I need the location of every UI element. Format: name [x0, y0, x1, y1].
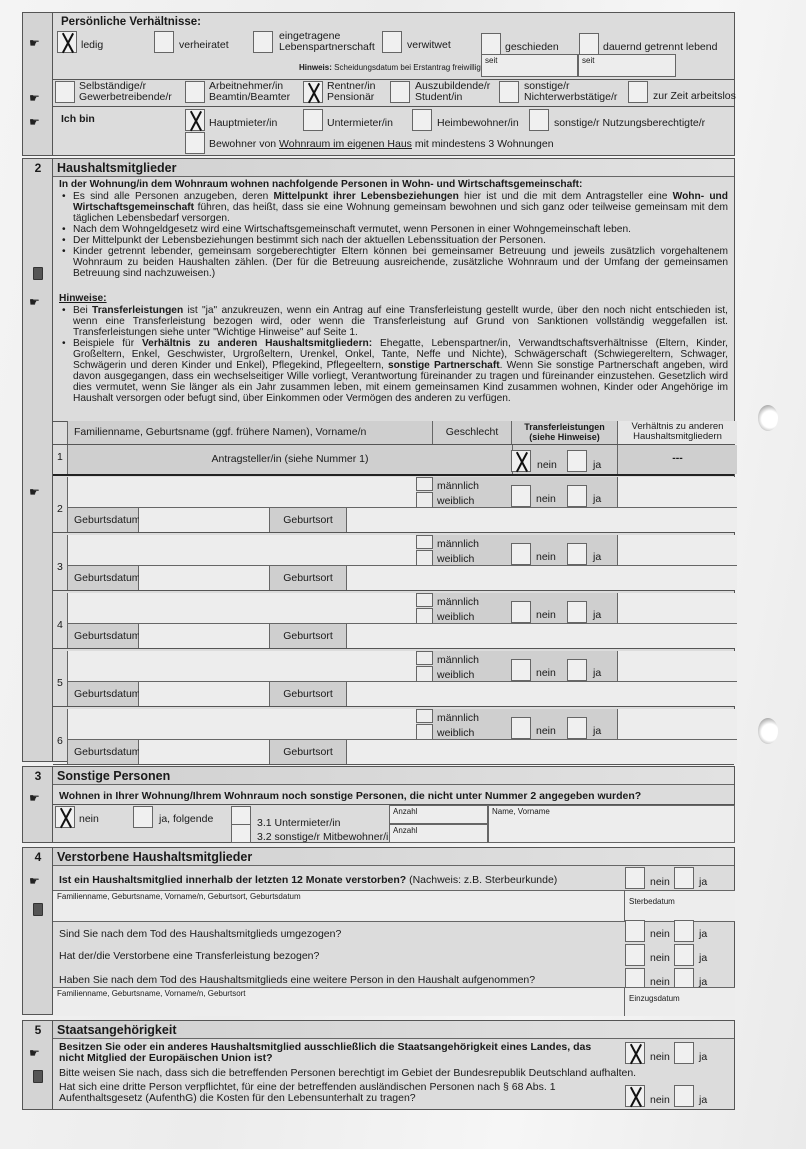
- label-geschieden: geschieden: [505, 41, 559, 53]
- deceased-fields-label: Familienname, Geburtsname, Vorname/n, Ge…: [57, 892, 301, 901]
- checkbox-transfer-ja[interactable]: [567, 543, 587, 565]
- checkbox-rentner[interactable]: [303, 81, 323, 103]
- divider: [53, 764, 734, 765]
- section-title: Verstorbene Haushaltsmitglieder: [53, 848, 734, 866]
- birthplace-label-cell: Geburtsort: [269, 682, 347, 706]
- bullet-4: Kinder getrennt lebender, gemeinsam sorg…: [59, 246, 728, 279]
- row-number: 2: [57, 503, 63, 515]
- anzahl-mitbewohner-field[interactable]: Anzahl: [389, 824, 488, 843]
- checkbox-guarantor-ja[interactable]: [674, 1085, 694, 1107]
- separation-date-field[interactable]: seit: [578, 54, 676, 77]
- divider: [53, 474, 734, 476]
- seit-label: seit: [582, 56, 594, 65]
- checkbox-arbeitslos[interactable]: [628, 81, 648, 103]
- owner-post: mit mindestens 3 Wohnungen: [412, 138, 554, 150]
- header-gender: Geschlecht: [433, 421, 512, 444]
- section-number: 5: [23, 1023, 53, 1037]
- checkbox-moved-ja[interactable]: [674, 920, 694, 942]
- birthplace-field[interactable]: [347, 624, 737, 648]
- checkbox-male[interactable]: [416, 535, 433, 549]
- residence-proof-note: Bitte weisen Sie nach, dass sich die bet…: [59, 1067, 636, 1079]
- header-transfer: Transferleistungen (siehe Hinweise): [512, 421, 618, 444]
- row-number: 5: [57, 677, 63, 689]
- label-other-nein: nein: [79, 813, 99, 825]
- birthdate-field[interactable]: [139, 508, 269, 532]
- pointing-hand-icon: ☛: [29, 1047, 47, 1059]
- other-persons-question: Wohnen in Ihrer Wohnung/Ihrem Wohnraum n…: [59, 790, 641, 802]
- q1-bold: Ist ein Haushaltsmitglied innerhalb der …: [59, 874, 406, 886]
- bullet-1: Es sind alle Personen anzugeben, deren M…: [59, 191, 728, 224]
- label-auszubildende: Auszubildende/r Student/in: [415, 81, 495, 103]
- birthdate-label: Geburtsdatum: [74, 514, 141, 526]
- checkbox-male[interactable]: [416, 651, 433, 665]
- checkbox-heimbewohner[interactable]: [412, 109, 432, 131]
- checkbox-lebenspartnerschaft[interactable]: [253, 31, 273, 53]
- bullet-2: Nach dem Wohngeldgesetz wird eine Wirtsc…: [59, 224, 728, 235]
- checkbox-transfer-ja[interactable]: [567, 601, 587, 623]
- label-arbeitnehmer: Arbeitnehmer/in Beamtin/Beamter: [209, 81, 299, 103]
- pointing-hand-icon: ☛: [29, 875, 47, 887]
- pointing-hand-icon: ☛: [29, 296, 47, 308]
- row-number: 1: [57, 451, 63, 463]
- nein-label: nein: [536, 609, 556, 621]
- anzahl-untermieter-field[interactable]: Anzahl: [389, 805, 488, 824]
- checkbox-non-eu-ja[interactable]: [674, 1042, 694, 1064]
- nein-label: nein: [650, 876, 670, 888]
- label-heimbewohner: Heimbewohner/in: [437, 117, 519, 129]
- male-label: männlich: [437, 654, 479, 666]
- birthdate-label-cell: Geburtsdatum: [67, 682, 139, 706]
- birthplace-label-cell: Geburtsort: [269, 566, 347, 590]
- female-label: weiblich: [437, 611, 474, 623]
- female-label: weiblich: [437, 669, 474, 681]
- section-citizenship: 5 Staatsangehörigkeit ☛ Besitzen Sie ode…: [22, 1020, 735, 1110]
- divider: [53, 590, 734, 591]
- label-selbstaendig: Selbständige/r Gewerbetreibende/r: [79, 81, 199, 103]
- hint-text: Scheidungsdatum bei Erstantrag freiwilli…: [334, 63, 481, 72]
- label-verheiratet: verheiratet: [179, 39, 229, 51]
- header-name: Familienname, Geburtsname (ggf. frühere …: [67, 421, 433, 444]
- checkbox-eigenes-haus[interactable]: [185, 132, 205, 154]
- section-number: 3: [23, 769, 53, 783]
- divider: [53, 79, 734, 80]
- checkbox-transfer-nein[interactable]: [511, 543, 531, 565]
- birthdate-label: Geburtsdatum: [74, 630, 141, 642]
- ich-bin-label: Ich bin: [61, 113, 95, 125]
- male-label: männlich: [437, 480, 479, 492]
- header-relation: Verhältnis zu anderen Haushaltsmitgliede…: [618, 421, 737, 444]
- label-ledig: ledig: [81, 39, 103, 51]
- checkbox-transfer-ja[interactable]: [567, 717, 587, 739]
- row-number: 4: [57, 619, 63, 631]
- male-label: männlich: [437, 538, 479, 550]
- pointing-hand-icon: ☛: [29, 792, 47, 804]
- section-number: 4: [23, 850, 53, 864]
- checkbox-selbstaendig[interactable]: [55, 81, 75, 103]
- ja-label: ja: [593, 551, 601, 563]
- checkbox-deceased-ja[interactable]: [674, 867, 694, 889]
- checkbox-male[interactable]: [416, 593, 433, 607]
- checkbox-auszubildende[interactable]: [390, 81, 410, 103]
- birthplace-field[interactable]: [347, 740, 737, 764]
- label-untermieter: Untermieter/in: [327, 117, 393, 129]
- moved-question: Sind Sie nach dem Tod des Haushaltsmitgl…: [59, 928, 341, 940]
- applicant-label: Antragsteller/in (siehe Nummer 1): [68, 453, 512, 465]
- deceased-question: Ist ein Haushaltsmitglied innerhalb der …: [59, 874, 557, 886]
- checkbox-ledig[interactable]: [57, 31, 77, 53]
- section-title: Staatsangehörigkeit: [53, 1021, 734, 1039]
- checkbox-transfer-nein[interactable]: [511, 485, 531, 507]
- ja-label: ja: [699, 952, 707, 964]
- ja-label: ja: [593, 725, 601, 737]
- checkbox-guarantor-nein[interactable]: [625, 1085, 645, 1107]
- birthplace-label-cell: Geburtsort: [269, 624, 347, 648]
- owner-pre: Bewohner von: [209, 138, 279, 150]
- checkbox-untermieter[interactable]: [303, 109, 323, 131]
- guarantor-question: Hat sich eine dritte Person verpflichtet…: [59, 1082, 619, 1104]
- checkbox-moved-nein[interactable]: [625, 920, 645, 942]
- label-getrennt: dauernd getrennt lebend: [603, 41, 717, 53]
- row1-relation: ---: [618, 445, 737, 474]
- ja-label: ja: [593, 493, 601, 505]
- household-table: Familienname, Geburtsname (ggf. frühere …: [53, 421, 734, 761]
- nein-label: nein: [650, 1051, 670, 1063]
- hint-relation: Beispiele für Verhältnis zu anderen Haus…: [59, 338, 728, 404]
- member-relation-field[interactable]: [618, 535, 737, 566]
- checkbox-other-ja[interactable]: [133, 806, 153, 828]
- birthplace-label: Geburtsort: [270, 688, 346, 700]
- seit-label: seit: [485, 56, 497, 65]
- birthplace-label: Geburtsort: [270, 514, 346, 526]
- pointing-hand-icon: ☛: [29, 116, 47, 128]
- divorce-date-field[interactable]: seit: [481, 54, 578, 77]
- row1-transfer: nein ja: [512, 445, 618, 474]
- checkbox-transfer-deceased-ja[interactable]: [674, 944, 694, 966]
- ja-label: ja: [699, 876, 707, 888]
- member-relation-field[interactable]: [618, 477, 737, 508]
- checkbox-deceased-nein[interactable]: [625, 867, 645, 889]
- checkbox-female[interactable]: [416, 492, 433, 508]
- label-nutzungsberechtigt: sonstige/r Nutzungsberechtigte/r: [554, 117, 705, 129]
- checkbox-hauptmieter[interactable]: [185, 109, 205, 131]
- row-number: 3: [57, 561, 63, 573]
- checkbox-male[interactable]: [416, 709, 433, 723]
- nein-label: nein: [650, 952, 670, 964]
- hint-bold: Hinweis:: [299, 63, 332, 72]
- checkbox-verwitwet[interactable]: [382, 31, 402, 53]
- label-other-ja: ja, folgende: [159, 813, 213, 825]
- nein-label: nein: [650, 1094, 670, 1106]
- female-label: weiblich: [437, 553, 474, 565]
- checkbox-getrennt[interactable]: [579, 33, 599, 55]
- birthdate-field[interactable]: [139, 740, 269, 764]
- anzahl-label: Anzahl: [393, 826, 417, 835]
- checkbox-female[interactable]: [416, 666, 433, 682]
- birthplace-label-cell: Geburtsort: [269, 508, 347, 532]
- hint-transfer: Bei Transferleistungen ist "ja" anzukreu…: [59, 305, 728, 338]
- checkbox-transfer-nein[interactable]: [511, 717, 531, 739]
- checkbox-mitbewohner-3-2[interactable]: [231, 824, 251, 843]
- death-date-field[interactable]: Sterbedatum: [625, 890, 735, 922]
- nein-label: nein: [536, 551, 556, 563]
- checkbox-transfer-deceased-nein[interactable]: [625, 944, 645, 966]
- ja-label: ja: [593, 667, 601, 679]
- nein-label: nein: [536, 725, 556, 737]
- birthdate-label-cell: Geburtsdatum: [67, 566, 139, 590]
- member-relation-field[interactable]: [618, 593, 737, 624]
- member-name-field[interactable]: [67, 593, 416, 624]
- new-person-fields-label: Familienname, Geburtsname, Vorname/n, Ge…: [57, 989, 246, 998]
- member-relation-field[interactable]: [618, 651, 737, 682]
- birthplace-label: Geburtsort: [270, 572, 346, 584]
- section-number: 2: [23, 161, 53, 175]
- birthdate-label-cell: Geburtsdatum: [67, 624, 139, 648]
- ja-label: ja: [593, 609, 601, 621]
- divider: [53, 706, 734, 707]
- member-name-field[interactable]: [67, 535, 416, 566]
- label-hauptmieter: Hauptmieter/in: [209, 117, 277, 129]
- label-mitbewohner-3-2: 3.2 sonstige/r Mitbewohner/in: [257, 831, 394, 843]
- pointing-hand-icon: ☛: [29, 37, 47, 49]
- bullet-3: Der Mittelpunkt der Lebensbeziehungen be…: [59, 235, 728, 246]
- other-names-field[interactable]: Name, Vorname: [488, 805, 735, 843]
- section-deceased-members: 4 Verstorbene Haushaltsmitglieder ☛ Ist …: [22, 847, 735, 1015]
- checkbox-transfer-ja[interactable]: [567, 450, 587, 472]
- birthdate-field[interactable]: [139, 566, 269, 590]
- punch-hole: [758, 405, 778, 431]
- hinweise-bullets: Bei Transferleistungen ist "ja" anzukreu…: [59, 305, 728, 404]
- birthplace-field[interactable]: [347, 566, 737, 590]
- member-gender-transfer: männlich weiblich nein ja: [433, 651, 618, 682]
- birthdate-label: Geburtsdatum: [74, 746, 141, 758]
- checkbox-non-eu-nein[interactable]: [625, 1042, 645, 1064]
- female-label: weiblich: [437, 495, 474, 507]
- name-vorname-label: Name, Vorname: [492, 807, 550, 816]
- checkbox-transfer-nein[interactable]: [511, 659, 531, 681]
- new-person-question: Haben Sie nach dem Tod des Haushaltsmitg…: [59, 974, 535, 986]
- checkbox-transfer-nein[interactable]: [511, 601, 531, 623]
- hinweise-title: Hinweise:: [59, 293, 728, 304]
- divorce-hint: Hinweis: Scheidungsdatum bei Erstantrag …: [299, 63, 481, 72]
- ja-label: ja: [699, 1051, 707, 1063]
- female-label: weiblich: [437, 727, 474, 739]
- row1-applicant: Antragsteller/in (siehe Nummer 1): [67, 445, 512, 474]
- member-gender-transfer: männlich weiblich nein ja: [433, 477, 618, 508]
- checkbox-transfer-nein[interactable]: [511, 450, 531, 472]
- birthplace-label: Geburtsort: [270, 746, 346, 758]
- checkbox-verheiratet[interactable]: [154, 31, 174, 53]
- checkbox-nichterwerbstaetig[interactable]: [499, 81, 519, 103]
- anzahl-label: Anzahl: [393, 807, 417, 816]
- member-gender-transfer: männlich weiblich nein ja: [433, 593, 618, 624]
- birthdate-field[interactable]: [139, 624, 269, 648]
- checkbox-male[interactable]: [416, 477, 433, 491]
- member-name-field[interactable]: [67, 651, 416, 682]
- birthdate-label-cell: Geburtsdatum: [67, 508, 139, 532]
- document-icon: [33, 903, 43, 916]
- member-gender-transfer: männlich weiblich nein ja: [433, 535, 618, 566]
- birthplace-label: Geburtsort: [270, 630, 346, 642]
- section-household-members: 2 Haushaltsmitglieder In der Wohnung/in …: [22, 158, 735, 762]
- section-sidebar: [23, 13, 53, 155]
- birthdate-field[interactable]: [139, 682, 269, 706]
- male-label: männlich: [437, 712, 479, 724]
- male-label: männlich: [437, 596, 479, 608]
- label-nichterwerbstaetig: sonstige/r Nichterwerbstätige/r: [524, 81, 624, 103]
- birthplace-field[interactable]: [347, 682, 737, 706]
- transfer-question: Hat der/die Verstorbene eine Transferlei…: [59, 950, 319, 962]
- death-date-label: Sterbedatum: [629, 897, 675, 906]
- nein-label: nein: [537, 459, 557, 471]
- checkbox-female[interactable]: [416, 608, 433, 624]
- checkbox-female[interactable]: [416, 550, 433, 566]
- nein-label: nein: [536, 493, 556, 505]
- document-icon: [33, 1070, 43, 1083]
- birthplace-field[interactable]: [347, 508, 737, 532]
- divider: [53, 106, 734, 107]
- checkbox-transfer-ja[interactable]: [567, 659, 587, 681]
- birthdate-label: Geburtsdatum: [74, 688, 141, 700]
- label-eigenes-haus: Bewohner von Wohnraum im eigenen Haus mi…: [209, 138, 554, 150]
- section-sidebar: [23, 159, 53, 761]
- section-other-persons: 3 Sonstige Personen ☛ Wohnen in Ihrer Wo…: [22, 766, 735, 843]
- divider: [53, 648, 734, 649]
- pointing-hand-icon: ☛: [29, 92, 47, 104]
- checkbox-female[interactable]: [416, 724, 433, 740]
- member-name-field[interactable]: [67, 477, 416, 508]
- birthplace-label-cell: Geburtsort: [269, 740, 347, 764]
- document-icon: [33, 267, 43, 280]
- section-title: Sonstige Personen: [53, 767, 734, 785]
- label-untermieter-3-1: 3.1 Untermieter/in: [257, 817, 340, 829]
- non-eu-question: Besitzen Sie oder ein anderes Haushaltsm…: [59, 1042, 599, 1064]
- label-arbeitslos: zur Zeit arbeitslos: [653, 90, 736, 102]
- checkbox-transfer-ja[interactable]: [567, 485, 587, 507]
- header-name-text: Familienname, Geburtsname (ggf. frühere …: [74, 426, 366, 438]
- nein-label: nein: [536, 667, 556, 679]
- new-person-details-field[interactable]: Familienname, Geburtsname, Vorname/n, Ge…: [53, 987, 625, 1016]
- section-title: Haushaltsmitglieder: [53, 159, 734, 177]
- member-relation-field[interactable]: [618, 709, 737, 740]
- header-gender-text: Geschlecht: [433, 426, 511, 438]
- deceased-details-field[interactable]: Familienname, Geburtsname, Vorname/n, Ge…: [53, 890, 625, 922]
- birthdate-label-cell: Geburtsdatum: [67, 740, 139, 764]
- member-gender-transfer: männlich weiblich nein ja: [433, 709, 618, 740]
- move-in-date-field[interactable]: Einzugsdatum: [625, 987, 735, 1016]
- owner-underlined: Wohnraum im eigenen Haus: [279, 138, 412, 150]
- birthdate-label: Geburtsdatum: [74, 572, 141, 584]
- checkbox-arbeitnehmer[interactable]: [185, 81, 205, 103]
- section-personal-status: Persönliche Verhältnisse: ☛ ledig verhei…: [22, 12, 735, 156]
- checkbox-nutzungsberechtigt[interactable]: [529, 109, 549, 131]
- row-number: 6: [57, 735, 63, 747]
- label-verwitwet: verwitwet: [407, 39, 451, 51]
- checkbox-geschieden[interactable]: [481, 33, 501, 55]
- pointing-hand-icon: ☛: [29, 486, 47, 498]
- household-bullets: Es sind alle Personen anzugeben, deren M…: [59, 191, 728, 279]
- personal-status-heading: Persönliche Verhältnisse:: [61, 16, 201, 28]
- nein-label: nein: [650, 928, 670, 940]
- ja-label: ja: [593, 459, 601, 471]
- q1-normal: (Nachweis: z.B. Sterbeurkunde): [406, 874, 557, 886]
- ja-label: ja: [699, 928, 707, 940]
- member-name-field[interactable]: [67, 709, 416, 740]
- ja-label: ja: [699, 1094, 707, 1106]
- label-rentner: Rentner/in Pensionär: [327, 81, 387, 103]
- label-lebenspartnerschaft: eingetragene Lebenspartnerschaft: [279, 31, 399, 53]
- move-in-date-label: Einzugsdatum: [629, 994, 680, 1003]
- section-sidebar: [23, 848, 53, 1014]
- punch-hole: [758, 718, 778, 744]
- checkbox-other-nein[interactable]: [55, 806, 75, 828]
- divider: [53, 532, 734, 533]
- household-intro: In der Wohnung/in dem Wohnraum wohnen na…: [59, 179, 728, 190]
